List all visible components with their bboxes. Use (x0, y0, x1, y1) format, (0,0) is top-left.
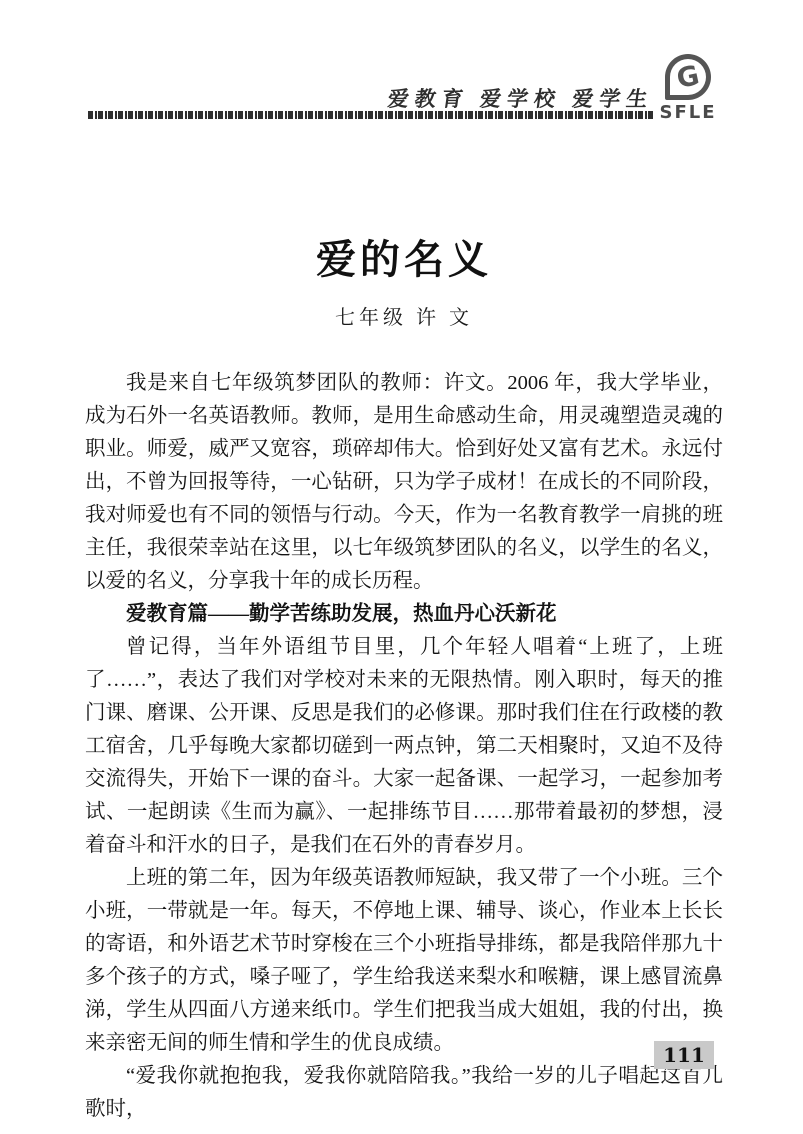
article-title: 爱的名义 (85, 228, 723, 285)
article: 爱的名义 七年级 许 文 我是来自七年级筑梦团队的教师：许文。2006 年，我大… (85, 228, 723, 1126)
logo-g-letter: G (674, 61, 701, 92)
header-slogan: 爱教育 爱学校 爱学生 (385, 83, 655, 113)
paragraph-second-year: 上班的第二年，因为年级英语教师短缺，我又带了一个小班。三个小班，一带就是一年。每… (85, 862, 723, 1060)
document-page: 爱教育 爱学校 爱学生 G SFLE 爱的名义 七年级 许 文 我是来自七年级筑… (0, 0, 803, 1134)
sfle-logo: G SFLE (654, 54, 722, 123)
sfle-logo-text: SFLE (654, 102, 722, 123)
section-heading-love-education: 爱教育篇——勤学苦练助发展，热血丹心沃新花 (85, 598, 723, 631)
page-number: 111 (654, 1041, 714, 1069)
article-body: 我是来自七年级筑梦团队的教师：许文。2006 年，我大学毕业，成为石外一名英语教… (85, 367, 723, 1126)
paragraph-intro: 我是来自七年级筑梦团队的教师：许文。2006 年，我大学毕业，成为石外一名英语教… (85, 367, 723, 598)
sfle-logo-icon: G (665, 54, 711, 100)
article-author: 七年级 许 文 (85, 301, 723, 330)
paragraph-first-year: 曾记得，当年外语组节目里，几个年轻人唱着“上班了，上班了……”，表达了我们对学校… (85, 631, 723, 862)
header-divider-line (88, 111, 655, 119)
paragraph-song: “爱我你就抱抱我，爱我你就陪陪我。”我给一岁的儿子唱起这首儿歌时， (85, 1060, 723, 1126)
